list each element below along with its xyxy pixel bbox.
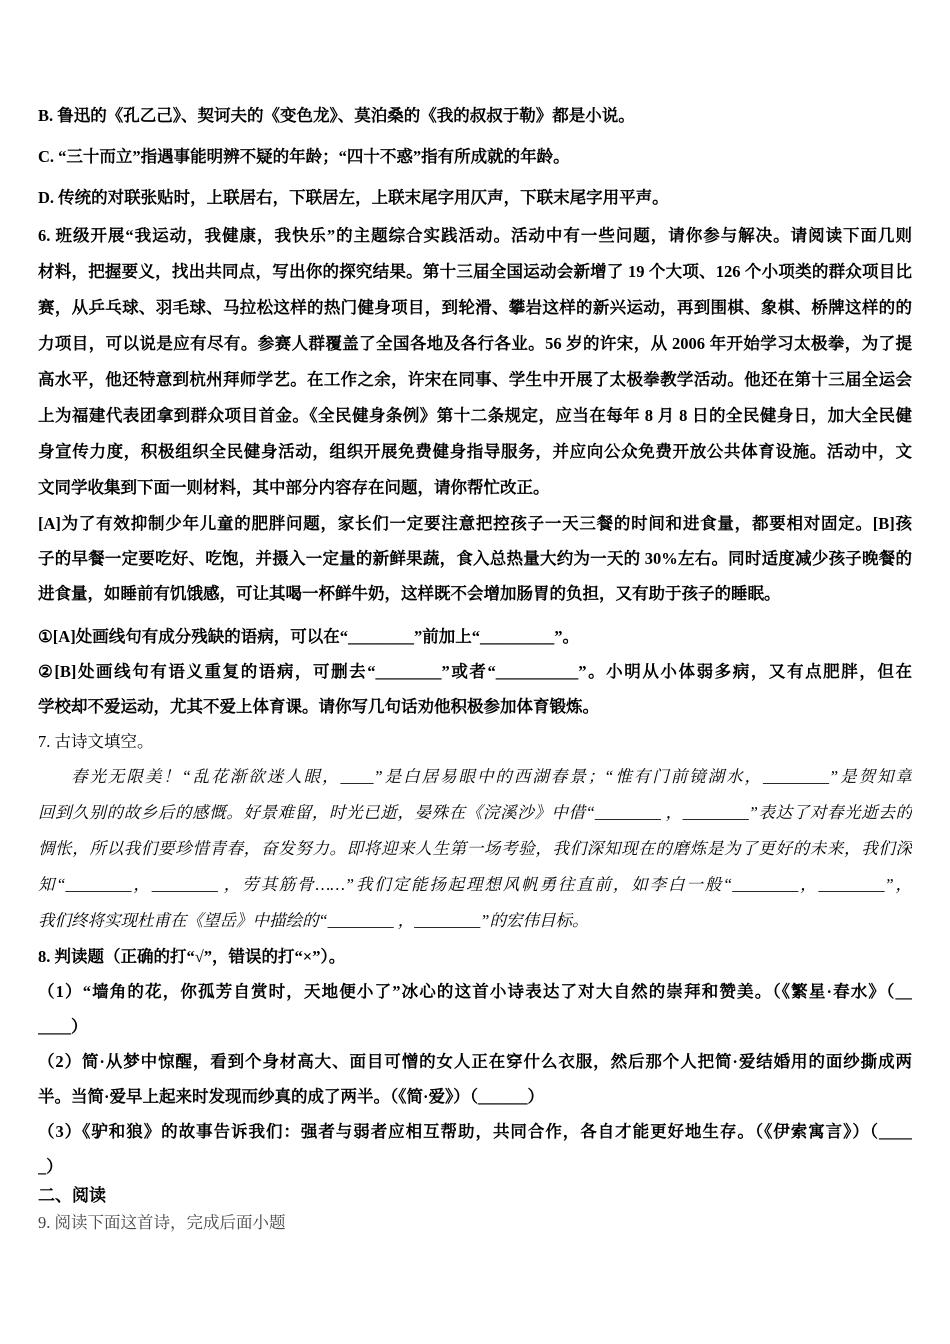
- question7-body-line: 回到久别的故乡后的感慨。好景难留，时光已逝，晏殊在《浣溪沙》中借“_______…: [38, 795, 912, 831]
- section2-header: 二、阅读: [38, 1184, 912, 1208]
- question6-intro-line: 文同学收集到下面一则材料，其中部分内容存在问题，请你帮忙改正。: [38, 470, 912, 506]
- question6-material-line: [A]为了有效抑制少年儿童的肥胖问题，家长们一定要注意把控孩子一天三餐的时间和进…: [38, 506, 912, 541]
- question9-line: 9. 阅读下面这首诗，完成后面小题: [38, 1208, 912, 1238]
- question7-header: 7. 古诗文填空。: [38, 724, 912, 759]
- question5-option-line: C. “三十而立”指遇事能明辨不疑的年龄；“四十不惑”指有所成就的年龄。: [38, 136, 912, 177]
- question6-material-line: 进食量，如睡前有饥饿感，可让其喝一杯鲜牛奶，这样既不会增加肠胃的负担，又有助于孩…: [38, 576, 912, 611]
- question6-subquestion-line: ②[B]处画线句有语义重复的语病，可删去“________”或者“_______…: [38, 654, 912, 689]
- question6-subquestion-line: ①[A]处画线句有成分残缺的语病，可以在“________”前加上“______…: [38, 619, 912, 654]
- question8-item-line: （3）《驴和狼》的故事告诉我们：强者与弱者应相互帮助，共同合作，各自才能更好地生…: [38, 1114, 912, 1149]
- question6-intro-line: 上为福建代表团拿到群众项目首金。《全民健身条例》第十二条规定，应当在每年 8 月…: [38, 398, 912, 434]
- question6-subquestion-line: 学校却不爱运动，尤其不爱上体育课。请你写几句话劝他积极参加体育锻炼。: [38, 689, 912, 724]
- question7-body-line: 我们终将实现杜甫在《望岳》中描绘的“________ ，________”的宏伟…: [38, 903, 912, 939]
- question6-intro-line: 力项目，可以说是应有尽有。参赛人群覆盖了全国各地及各行各业。56 岁的许宋，从 …: [38, 326, 912, 362]
- question7-body-line: 惆怅，所以我们要珍惜青春，奋发努力。即将迎来人生第一场考验，我们深知现在的磨炼是…: [38, 831, 912, 867]
- question8-item-line: ____）: [38, 1009, 912, 1044]
- question6-intro-line: 赛，从乒乓球、羽毛球、马拉松这样的热门健身项目，到轮滑、攀岩这样的新兴运动，再到…: [38, 290, 912, 326]
- exam-page: B. 鲁迅的《孔乙己》、契诃夫的《变色龙》、莫泊桑的《我的叔叔于勒》都是小说。C…: [0, 0, 950, 1344]
- question6-intro-line: 材料，把握要义，找出共同点，写出你的探究结果。第十三届全国运动会新增了 19 个…: [38, 254, 912, 290]
- question8-item-line: （2）简·从梦中惊醒，看到个身材高大、面目可憎的女人正在穿什么衣服，然后那个人把…: [38, 1044, 912, 1079]
- question5-option-line: B. 鲁迅的《孔乙己》、契诃夫的《变色龙》、莫泊桑的《我的叔叔于勒》都是小说。: [38, 95, 912, 136]
- question8-item-line: （1）“墙角的花，你孤芳自赏时，天地便小了”冰心的这首小诗表达了对大自然的崇拜和…: [38, 974, 912, 1009]
- question7-body-line: 知“________，________ ，劳其筋骨……”我们定能扬起理想风帆勇往…: [38, 867, 912, 903]
- question8-item-line: _）: [38, 1149, 912, 1184]
- question6-intro-line: 6. 班级开展“我运动，我健康，我快乐”的主题综合实践活动。活动中有一些问题，请…: [38, 218, 912, 254]
- question6-material-line: 子的早餐一定要吃好、吃饱，并摄入一定量的新鲜果蔬，食入总热量大约为一天的 30%…: [38, 541, 912, 576]
- question6-intro-line: 身宣传力度，积极组织全民健身活动，组织开展免费健身指导服务，并应向公众免费开放公…: [38, 434, 912, 470]
- question8-header: 8. 判读题（正确的打“√”，错误的打“×”）。: [38, 939, 912, 974]
- question5-option-line: D. 传统的对联张贴时，上联居右，下联居左，上联末尾字用仄声，下联末尾字用平声。: [38, 177, 912, 218]
- question8-item-line: 半。当简·爱早上起来时发现而纱真的成了两半。（《简·爱》）（______）: [38, 1079, 912, 1114]
- question7-body-line: 春光无限美！“乱花渐欲迷人眼，____”是白居易眼中的西湖春景；“惟有门前镜湖水…: [38, 759, 912, 795]
- question6-intro-line: 高水平，他还特意到杭州拜师学艺。在工作之余，许宋在同事、学生中开展了太极拳教学活…: [38, 362, 912, 398]
